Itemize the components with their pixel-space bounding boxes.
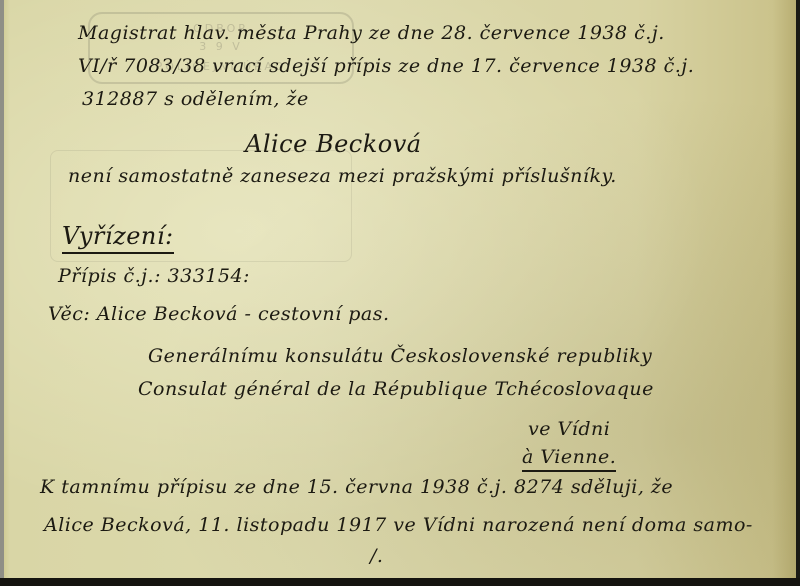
document-paper: ODBOR 3 9 V POLICEJNÍ ÚŘAD Magistrat hla… xyxy=(0,0,796,578)
reply-subject: Věc: Alice Becková - cestovní pas. xyxy=(48,303,390,325)
heading-vyrizeni: Vyřízení: xyxy=(62,222,174,254)
addressee-city-cz: ve Vídni xyxy=(528,418,610,440)
addressee-city-fr: à Vienne. xyxy=(522,446,616,472)
paragraph1-line3: 312887 s odělením, že xyxy=(82,88,309,110)
addressee-fr: Consulat général de la République Tchéco… xyxy=(138,378,654,400)
paragraph1-line2: VI/ř 7083/38 vrací sdejší přípis ze dne … xyxy=(78,55,694,77)
closing-line1: K tamnímu přípisu ze dne 15. června 1938… xyxy=(40,476,673,498)
closing-line3: /. xyxy=(370,545,383,567)
closing-line2: Alice Becková, 11. listopadu 1917 ve Víd… xyxy=(44,514,753,536)
reply-reference: Přípis č.j.: 333154: xyxy=(58,265,250,287)
scan-bottom-edge xyxy=(0,578,800,586)
addressee-cz: Generálnímu konsulátu Československé rep… xyxy=(148,345,652,367)
scan-left-edge xyxy=(0,0,4,578)
paragraph1-line1: Magistrat hlav. města Prahy ze dne 28. č… xyxy=(78,22,665,44)
statement: není samostatně zaneseza mezi pražskými … xyxy=(68,165,617,187)
person-name: Alice Becková xyxy=(245,130,422,158)
